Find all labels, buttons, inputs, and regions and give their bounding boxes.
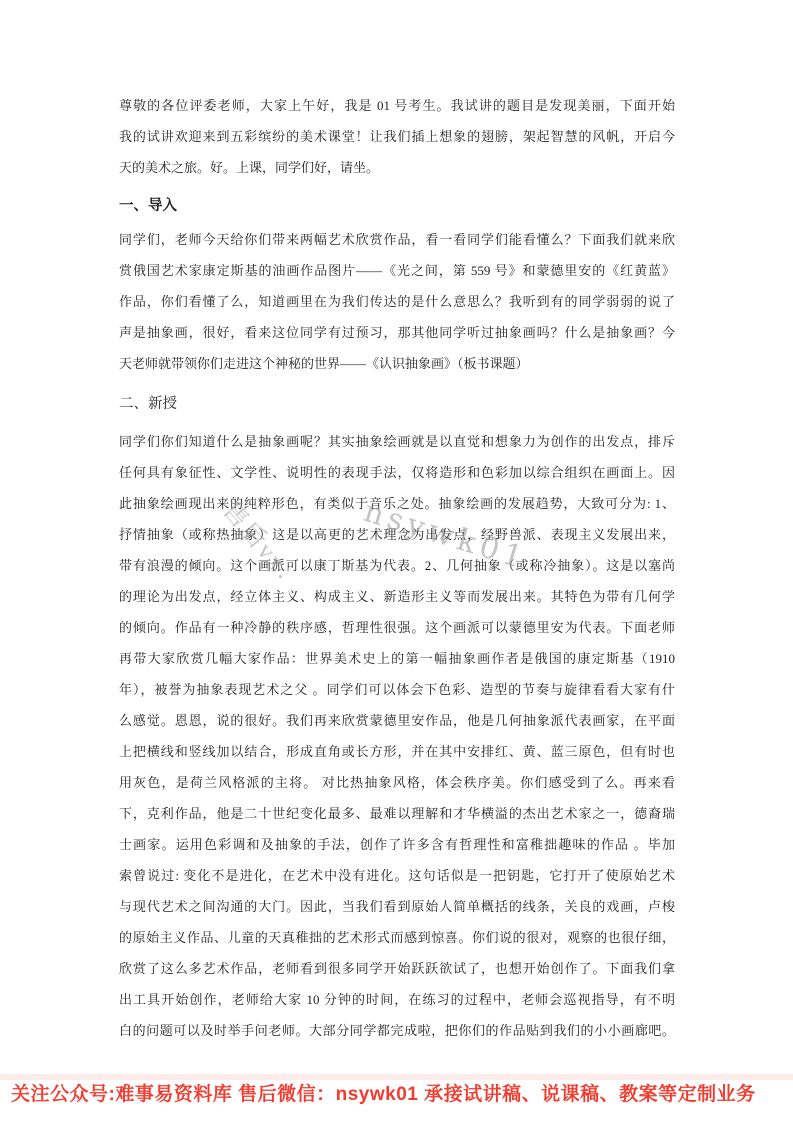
text-line: 赏俄国艺术家康定斯基的油画作品图片——《光之间，第 559 号》和蒙德里安的《红… xyxy=(119,255,675,286)
text-line: 同学们，老师今天给你们带来两幅艺术欣赏作品，看一看同学们能看懂么？下面我们就来欣 xyxy=(119,224,675,255)
text-line: 白的问题可以及时举手问老师。大部分同学都完成啦，把你们的作品贴到我们的小小画廊吧… xyxy=(119,1015,675,1046)
text-line: 天老师就带领你们走进这个神秘的世界——《认识抽象画》（板书课题） xyxy=(119,348,675,379)
text-line: 尊敬的各位评委老师，大家上午好，我是 01 号考生。我试讲的题目是发现美丽，下面… xyxy=(119,90,675,121)
document-page: { "doc": { "p1": { "lines": [ "尊敬的各位评委老师… xyxy=(0,0,793,1122)
text-line: 的理论为出发点，经立体主义、构成主义、新造形主义等而发展出来。其特色为带有几何学 xyxy=(119,581,675,612)
text-line: 欣赏了这么多艺术作品，老师看到很多同学开始跃跃欲试了，也想开始创作了。下面我们拿 xyxy=(119,953,675,984)
text-line: 作品，你们看懂了么，知道画里在为我们传达的是什么意思么？我听到有的同学弱弱的说了 xyxy=(119,286,675,317)
text-line: 用灰色，是荷兰风格派的主将。 对比热抽象风格，体会秩序美。你们感受到了么。再来看 xyxy=(119,767,675,798)
text-line: 我的试讲欢迎来到五彩缤纷的美术课堂！让我们插上想象的翅膀，架起智慧的风帆，开启今 xyxy=(119,121,675,152)
text-line: 的倾向。作品有一种冷静的秩序感，哲理性很强。这个画派可以蒙德里安为代表。下面老师 xyxy=(119,612,675,643)
text-line: 此抽象绘画现出来的纯粹形色，有类似于音乐之处。抽象绘画的发展趋势，大致可分为: … xyxy=(119,488,675,519)
text-line: 年），被誉为抽象表现艺术之父 。同学们可以体会下色彩、造型的节奏与旋律看看大家有… xyxy=(119,674,675,705)
document-body: 尊敬的各位评委老师，大家上午好，我是 01 号考生。我试讲的题目是发现美丽，下面… xyxy=(119,88,675,1046)
text-line: 再带大家欣赏几幅大家作品：世界美术史上的第一幅抽象画作者是俄国的康定斯基（191… xyxy=(119,643,675,674)
footer-tint-band xyxy=(0,1074,793,1080)
text-line: 天的美术之旅。好。上课，同学们好，请坐。 xyxy=(119,152,675,183)
text-line: 带有浪漫的倾向。这个画派可以康丁斯基为代表。2、几何抽象（或称冷抽象）。这是以塞… xyxy=(119,550,675,581)
text-line: 的原始主义作品、儿童的天真稚拙的艺术形式而感到惊喜。你们说的很对，观察的也很仔细… xyxy=(119,922,675,953)
text-line: 出工具开始创作，老师给大家 10 分钟的时间，在练习的过程中，老师会巡视指导，有… xyxy=(119,984,675,1015)
text-line: 声是抽象画，很好，看来这位同学有过预习，那其他同学听过抽象画吗？什么是抽象画？今 xyxy=(119,317,675,348)
paragraph-opening: 尊敬的各位评委老师，大家上午好，我是 01 号考生。我试讲的题目是发现美丽，下面… xyxy=(119,90,675,183)
paragraph-section-1: 同学们，老师今天给你们带来两幅艺术欣赏作品，看一看同学们能看懂么？下面我们就来欣… xyxy=(119,224,675,379)
text-line: 上把横线和竖线加以结合，形成直角或长方形，并在其中安排红、黄、蓝三原色，但有时也 xyxy=(119,736,675,767)
text-line: 士画家。运用色彩调和及抽象的手法，创作了许多含有哲理性和富稚拙趣味的作品 。毕加 xyxy=(119,829,675,860)
text-line: 索曾说过: 变化不是进化，在艺术中没有进化。这句话似是一把钥匙，它打开了使原始艺… xyxy=(119,860,675,891)
paragraph-section-2: 同学们你们知道什么是抽象画呢？其实抽象绘画就是以直觉和想象力为创作的出发点，排斥… xyxy=(119,426,675,1046)
heading-section-2-xinshou: 二、新授 xyxy=(119,389,675,420)
text-line: 任何具有象征性、文学性、说明性的表现手法，仅将造形和色彩加以综合组织在画面上。因 xyxy=(119,457,675,488)
text-line: 么感觉。恩恩，说的很好。我们再来欣赏蒙德里安作品，他是几何抽象派代表画家，在平面 xyxy=(119,705,675,736)
text-line: 下，克利作品，他是二十世纪变化最多、最难以理解和才华横溢的杰出艺术家之一，德裔瑞 xyxy=(119,798,675,829)
heading-section-1-daoru: 一、导入 xyxy=(119,191,675,222)
text-line: 同学们你们知道什么是抽象画呢？其实抽象绘画就是以直觉和想象力为创作的出发点，排斥 xyxy=(119,426,675,457)
footer-promo-text: 关注公众号:难事易资料库 售后微信：nsywk01 承接试讲稿、说课稿、教案等定… xyxy=(11,1081,793,1109)
text-line: 抒情抽象（或称热抽象）这是以高更的艺术理念为出发点，经野兽派、表现主义发展出来， xyxy=(119,519,675,550)
text-line: 与现代艺术之间沟通的大门。因此，当我们看到原始人简单概括的线条，关良的戏画，卢梭 xyxy=(119,891,675,922)
